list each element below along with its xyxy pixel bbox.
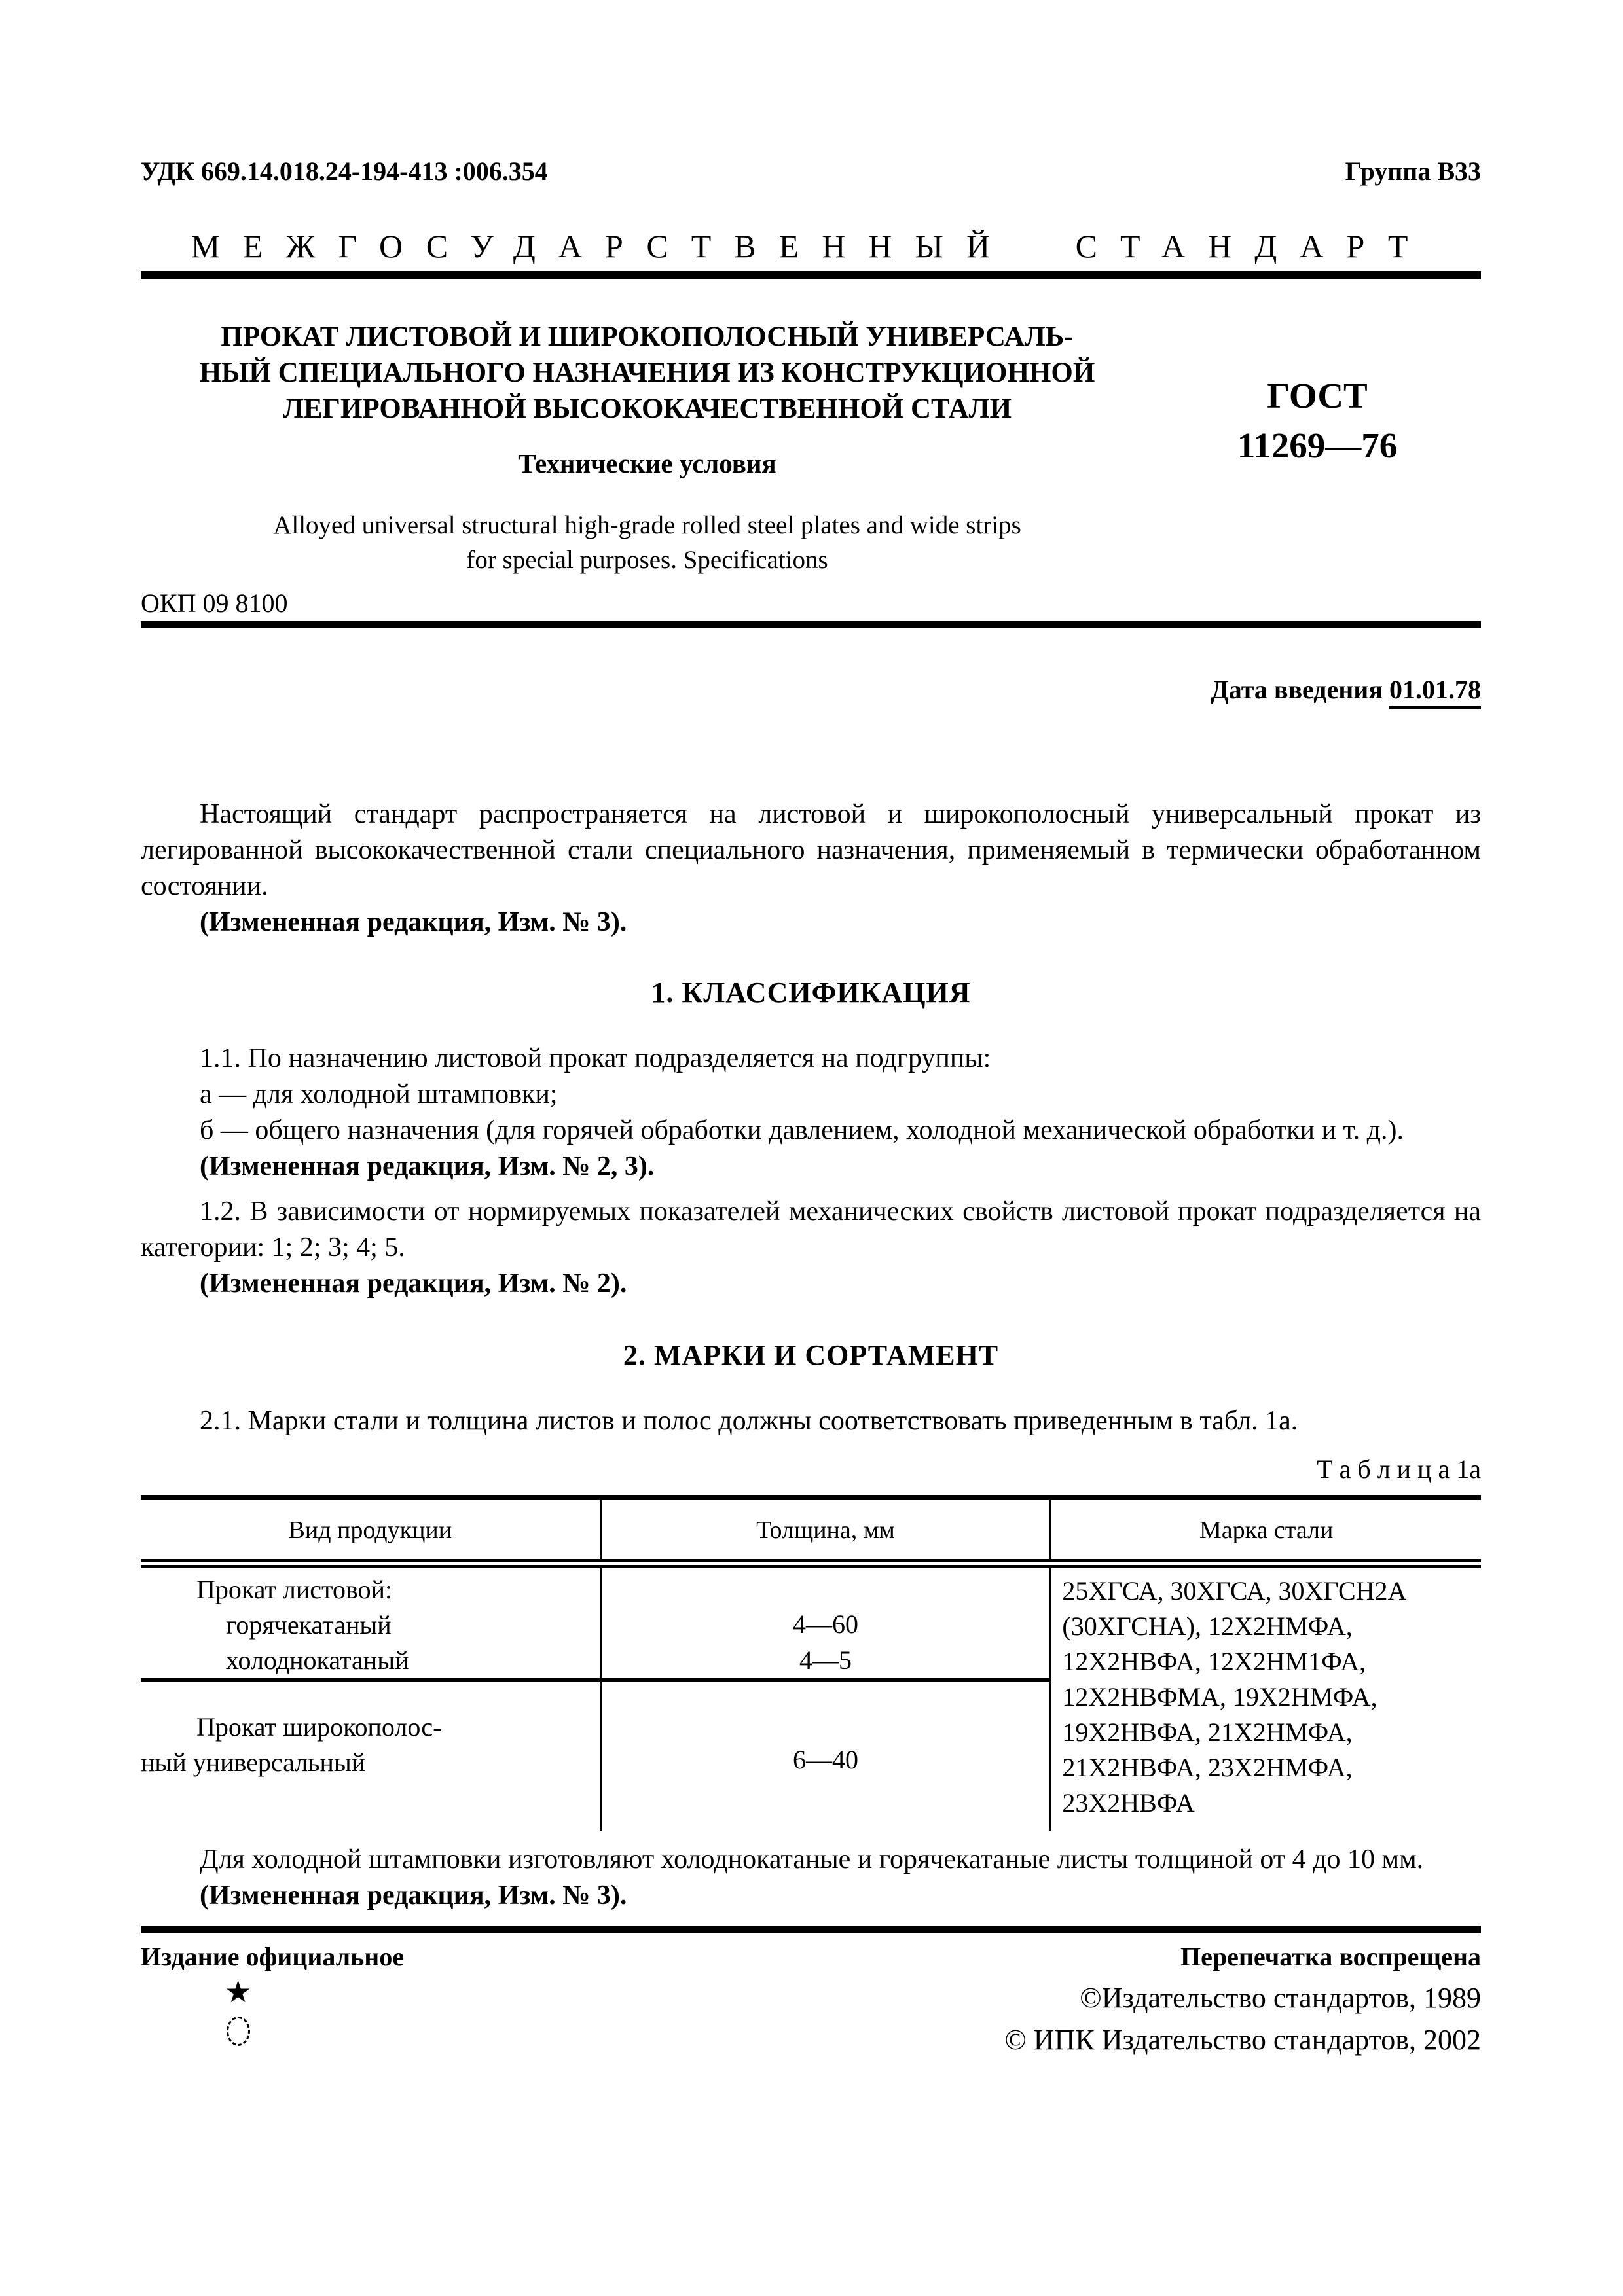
group-code: Группа В33 xyxy=(1345,156,1481,187)
footer-status-row: Издание официальное Перепечатка воспреще… xyxy=(141,1941,1481,1972)
table-1a: Вид продукции Толщина, мм Марка стали Пр… xyxy=(141,1495,1481,1831)
steel-grades-list: 25ХГСА, 30ХГСА, 30ХГСН2А (30ХГСНА), 12Х2… xyxy=(1051,1568,1481,1821)
reprint-prohibited-label: Перепечатка воспрещена xyxy=(1180,1941,1481,1972)
amendment-note-stamping: (Измененная редакция, Изм. № 3). xyxy=(141,1878,1481,1914)
cell-steel-grades: 25ХГСА, 30ХГСА, 30ХГСН2А (30ХГСНА), 12Х2… xyxy=(1051,1564,1481,1831)
introduction-date: Дата введения 01.01.78 xyxy=(141,674,1481,705)
table-1a-header-product: Вид продукции xyxy=(141,1498,600,1564)
document-title-english-line1: Alloyed universal structural high-grade … xyxy=(141,508,1154,543)
thickness-wide-strip: 6—40 xyxy=(602,1682,1050,1778)
cell-thickness-wide-strip: 6—40 xyxy=(600,1680,1051,1831)
circle-icon xyxy=(227,2017,250,2046)
section-2-heading: 2. МАРКИ И СОРТАМЕНТ xyxy=(141,1338,1481,1372)
copyright-2002: © ИПК Издательство стандартов, 2002 xyxy=(1004,2019,1481,2061)
amendment-note-1-1: (Измененная редакция, Изм. № 2, 3). xyxy=(141,1149,1481,1185)
udk-code: УДК 669.14.018.24-194-413 :006.354 xyxy=(141,156,548,187)
document-title: ПРОКАТ ЛИСТОВОЙ И ШИРОКОПОЛОСНЫЙ УНИВЕРС… xyxy=(141,319,1154,427)
title-left-column: ПРОКАТ ЛИСТОВОЙ И ШИРОКОПОЛОСНЫЙ УНИВЕРС… xyxy=(141,279,1154,619)
okp-code: ОКП 09 8100 xyxy=(141,588,1154,619)
table-1a-header-thickness: Толщина, мм xyxy=(600,1498,1051,1564)
table-1a-row-sheet: Прокат листовой: горячекатаный холоднока… xyxy=(141,1564,1481,1680)
introduction-date-value: 01.01.78 xyxy=(1389,675,1481,709)
cell-thickness-sheet: 4—60 4—5 xyxy=(600,1564,1051,1680)
copyright-block: ©Издательство стандартов, 1989 © ИПК Изд… xyxy=(1004,1976,1481,2061)
horizontal-rule-top xyxy=(141,271,1481,279)
table-1a-label: Т а б л и ц а 1а xyxy=(141,1454,1481,1484)
section-1-heading: 1. КЛАССИФИКАЦИЯ xyxy=(141,976,1481,1009)
thickness-hot-rolled: 4—60 xyxy=(602,1568,1050,1643)
product-sheet-hot-rolled: горячекатаный xyxy=(141,1607,600,1643)
thickness-cold-rolled: 4—5 xyxy=(602,1643,1050,1678)
standard-type-heading: МЕЖГОСУДАРСТВЕННЫЙ СТАНДАРТ xyxy=(141,227,1481,265)
table-1a-header-row: Вид продукции Толщина, мм Марка стали xyxy=(141,1498,1481,1564)
title-right-column: ГОСТ 11269—76 xyxy=(1154,279,1481,619)
document-title-line2: НЫЙ СПЕЦИАЛЬНОГО НАЗНАЧЕНИЯ ИЗ КОНСТРУКЦ… xyxy=(141,355,1154,391)
footnote-marks: ★ xyxy=(141,1976,251,2061)
gost-number: 11269—76 xyxy=(1154,421,1481,471)
product-wide-strip-line2: ный универсальный xyxy=(141,1745,600,1780)
horizontal-rule-okp xyxy=(141,621,1481,628)
document-title-english: Alloyed universal structural high-grade … xyxy=(141,508,1154,577)
title-block: ПРОКАТ ЛИСТОВОЙ И ШИРОКОПОЛОСНЫЙ УНИВЕРС… xyxy=(141,279,1481,619)
copyright-1989: ©Издательство стандартов, 1989 xyxy=(1004,1977,1481,2019)
footer-bottom-row: ★ ©Издательство стандартов, 1989 © ИПК И… xyxy=(141,1976,1481,2061)
amendment-note-intro: (Измененная редакция, Изм. № 3). xyxy=(141,905,1481,941)
paragraph-1-1b: б — общего назначения (для горячей обраб… xyxy=(141,1113,1481,1149)
document-title-line3: ЛЕГИРОВАННОЙ ВЫСОКОКАЧЕСТВЕННОЙ СТАЛИ xyxy=(141,391,1154,427)
horizontal-rule-footer xyxy=(141,1926,1481,1933)
paragraph-2-1: 2.1. Марки стали и толщина листов и поло… xyxy=(141,1403,1481,1439)
paragraph-1-2: 1.2. В зависимости от нормируемых показа… xyxy=(141,1194,1481,1266)
gost-designation: ГОСТ 11269—76 xyxy=(1154,371,1481,471)
classification-row: УДК 669.14.018.24-194-413 :006.354 Групп… xyxy=(141,156,1481,187)
product-wide-strip-line1: Прокат широкополос- xyxy=(141,1710,600,1745)
document-page: УДК 669.14.018.24-194-413 :006.354 Групп… xyxy=(0,0,1623,2296)
amendment-note-1-2: (Измененная редакция, Изм. № 2). xyxy=(141,1266,1481,1302)
intro-paragraph: Настоящий стандарт распространяется на л… xyxy=(141,797,1481,905)
official-edition-label: Издание официальное xyxy=(141,1941,404,1972)
gost-label: ГОСТ xyxy=(1154,371,1481,421)
document-title-english-line2: for special purposes. Specifications xyxy=(141,543,1154,577)
product-sheet-title: Прокат листовой: xyxy=(141,1568,600,1607)
document-subtitle: Технические условия xyxy=(141,448,1154,479)
cell-product-sheet: Прокат листовой: горячекатаный холоднока… xyxy=(141,1564,600,1680)
document-title-line1: ПРОКАТ ЛИСТОВОЙ И ШИРОКОПОЛОСНЫЙ УНИВЕРС… xyxy=(141,319,1154,355)
product-sheet-cold-rolled: холоднокатаный xyxy=(141,1643,600,1678)
paragraph-1-1a: а — для холодной штамповки; xyxy=(141,1077,1481,1113)
star-icon: ★ xyxy=(225,1976,251,2007)
paragraph-stamping: Для холодной штамповки изготовляют холод… xyxy=(141,1842,1481,1878)
cell-product-wide-strip: Прокат широкополос- ный универсальный xyxy=(141,1680,600,1831)
paragraph-1-1: 1.1. По назначению листовой прокат подра… xyxy=(141,1041,1481,1077)
table-1a-header-grade: Марка стали xyxy=(1051,1498,1481,1564)
introduction-date-label: Дата введения xyxy=(1211,675,1389,704)
